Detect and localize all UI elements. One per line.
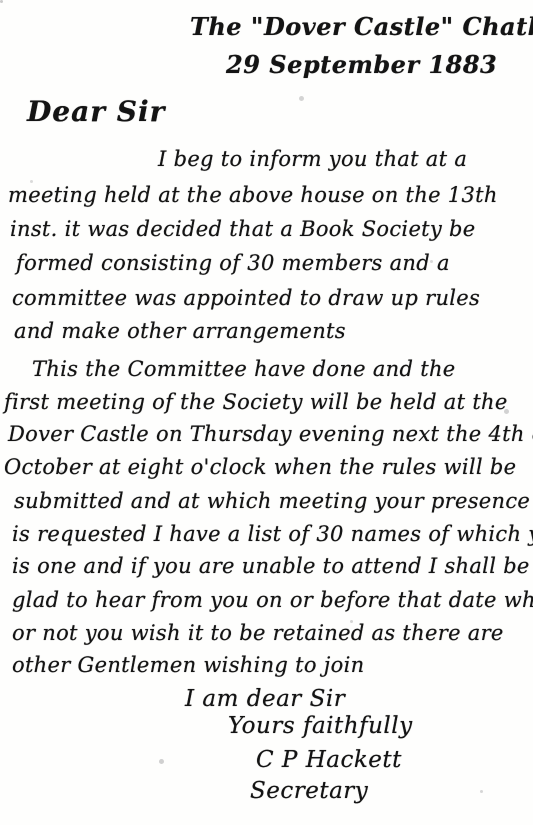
- letter-signature: C P Hackett: [256, 748, 402, 773]
- letter-body-line: meeting held at the above house on the 1…: [8, 184, 498, 207]
- letter-closing-line: Yours faithfully: [228, 714, 413, 739]
- letter-body-line: I beg to inform you that at a: [158, 148, 467, 171]
- letter-body-line: This the Committee have done and the: [32, 358, 456, 381]
- handwritten-letter-page: The "Dover Castle" Chatham. 29 September…: [0, 0, 533, 825]
- letter-body-line: other Gentlemen wishing to join: [12, 654, 364, 677]
- letter-body-line: formed consisting of 30 members and a: [16, 252, 450, 275]
- letter-body-line: committee was appointed to draw up rules: [12, 287, 480, 310]
- letter-body-line: or not you wish it to be retained as the…: [12, 622, 504, 645]
- letter-body-line: is one and if you are unable to attend I…: [12, 555, 530, 578]
- letter-body-line: Dover Castle on Thursday evening next th…: [8, 423, 533, 446]
- letter-body-line: and make other arrangements: [14, 320, 346, 343]
- scan-noise-speckles: [0, 0, 3, 3]
- letter-heading-place: The "Dover Castle" Chatham.: [190, 14, 533, 40]
- letter-closing-line: I am dear Sir: [185, 687, 345, 712]
- letter-salutation: Dear Sir: [27, 97, 165, 128]
- letter-body-line: October at eight o'clock when the rules …: [4, 456, 516, 479]
- letter-body-line: first meeting of the Society will be hel…: [4, 391, 508, 414]
- letter-body-line: is requested I have a list of 30 names o…: [12, 523, 533, 546]
- letter-signature-title: Secretary: [250, 779, 368, 804]
- letter-heading-date: 29 September 1883: [226, 52, 497, 78]
- letter-body-line: inst. it was decided that a Book Society…: [10, 218, 476, 241]
- letter-body-line: glad to hear from you on or before that …: [12, 589, 533, 612]
- letter-body-line: submitted and at which meeting your pres…: [14, 490, 530, 513]
